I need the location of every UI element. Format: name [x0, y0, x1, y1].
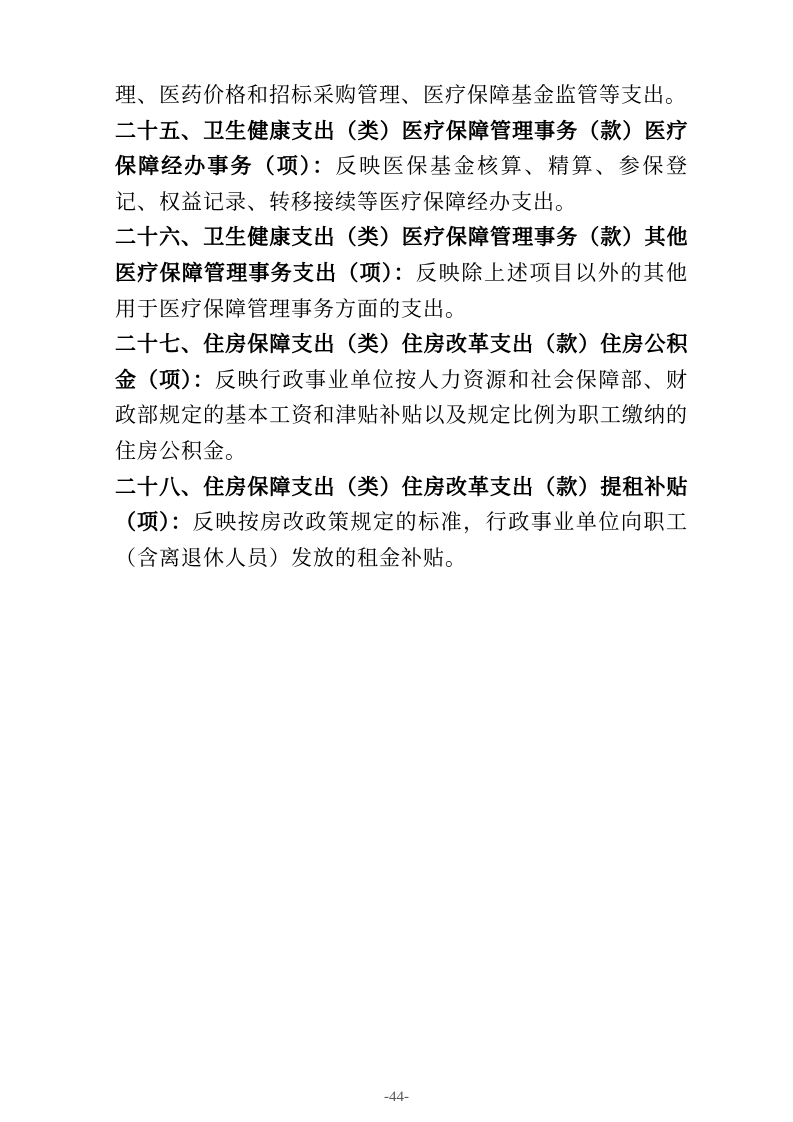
paragraph-body: 反映按房改政策规定的标准，行政事业单位向职工（含离退休人员）发放的租金补贴。: [115, 510, 688, 570]
document-page: 理、医药价格和招标采购管理、医疗保障基金监管等支出。 二十五、卫生健康支出（类）…: [0, 0, 793, 1122]
paragraph-item-27: 二十七、住房保障支出（类）住房改革支出（款）住房公积金（项）：反映行政事业单位按…: [115, 327, 688, 469]
page-number: -44-: [0, 1089, 793, 1105]
paragraph-item-25: 二十五、卫生健康支出（类）医疗保障管理事务（款）医疗保障经办事务（项）：反映医保…: [115, 114, 688, 221]
paragraph-continuation: 理、医药价格和招标采购管理、医疗保障基金监管等支出。: [115, 78, 688, 114]
paragraph-body: 理、医药价格和招标采购管理、医疗保障基金监管等支出。: [115, 83, 687, 107]
paragraph-item-28: 二十八、住房保障支出（类）住房改革支出（款）提租补贴（项）：反映按房改政策规定的…: [115, 470, 688, 577]
content-area: 理、医药价格和招标采购管理、医疗保障基金监管等支出。 二十五、卫生健康支出（类）…: [115, 78, 688, 576]
paragraph-item-26: 二十六、卫生健康支出（类）医疗保障管理事务（款）其他医疗保障管理事务支出（项）：…: [115, 220, 688, 327]
